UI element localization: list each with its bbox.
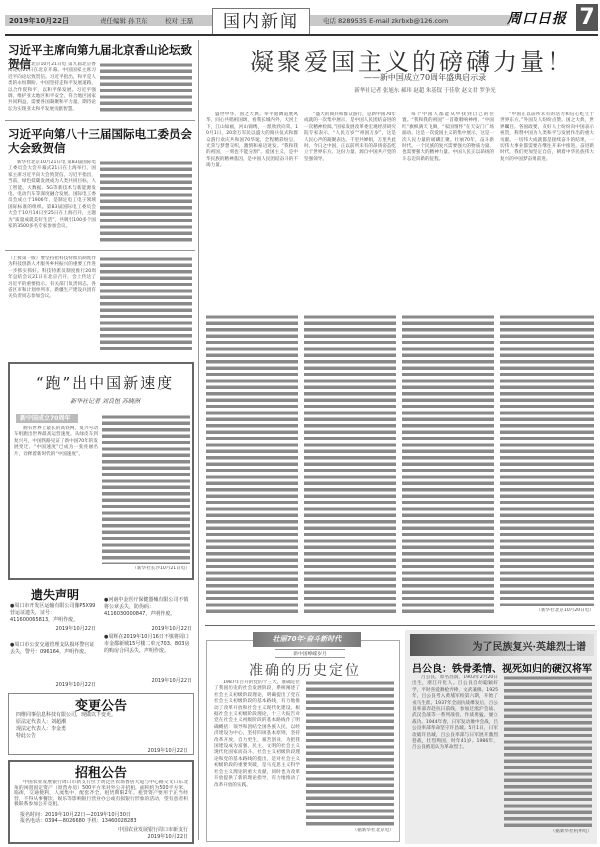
- main-column-4-continued: [500, 314, 594, 606]
- lost-notice-item: ●周辉在2019年10月16日不慎将周口市金都新城15号楼二单元703、803房…: [104, 634, 192, 656]
- lost-notice-item: ●周口市公安交通管理支队损坏警官证丢失，警号：096164，声明作废。: [10, 642, 96, 656]
- proofreader-credit: 校对 王磊: [165, 16, 193, 25]
- feature-headline: “跑”出中国新速度: [20, 372, 190, 393]
- contact-info: 电话 8289535 E-mail zkrbxb@126.com: [323, 16, 448, 25]
- article-divider: [5, 120, 195, 121]
- main-credit: （新华社北京10月20日电）: [500, 608, 594, 616]
- series-band: 壮丽70年·奋斗新时代: [253, 632, 361, 647]
- issue-date: 2019年10月22日: [9, 16, 69, 26]
- hero-body-continued: [504, 675, 592, 827]
- lost-notice-item: ●周口市开发区运输有限公司豫P5X99营运证遗失，证号：411600065813…: [10, 603, 96, 625]
- article-body: 新华社北京10月21日电 第83届国际电工委员会大会开幕式21日在上海举行，国家…: [8, 160, 96, 246]
- page-number: 7: [576, 4, 598, 31]
- article-body: 新华社北京10月21日电 第九届北京香山论坛21日在北京开幕。中国国家主席习近平…: [8, 62, 96, 116]
- lost-notice-date: 2019年10月22日: [10, 681, 96, 688]
- rent-notice-title: 招租公告: [8, 762, 194, 781]
- article-divider: [205, 625, 595, 626]
- change-notice-line: 特此公告: [16, 733, 186, 740]
- history-headline: 准确的历史定位: [220, 660, 390, 680]
- main-column-2-continued: [304, 314, 396, 616]
- feature-credit: （新华社长沙10月21日电）: [102, 566, 190, 574]
- section-title: 国内新闻: [212, 8, 310, 34]
- history-body-continued: [306, 680, 394, 826]
- lost-notice-item: ●河南中金医疗保健器械有限公司不慎将公章丢失，防伪码：4116030000847…: [104, 597, 192, 619]
- main-byline: 新华社记者 张旭东 郝玮 赵超 朱基钗 于佳欣 赵文君 罗争光: [300, 86, 550, 94]
- history-credit: （据新华社北京电）: [306, 828, 394, 836]
- main-column-1-continued: [206, 314, 298, 616]
- article-body-tech-envoy: （上接第一版）要坚持把科技特派员制度作为科技创新人才服务乡村振兴的重要工作进一步…: [8, 256, 96, 356]
- article-headline-iec: 习近平向第八十三届国际电工委员会大会致贺信: [8, 127, 194, 155]
- main-column-4: “中国正以前所未有的活力和信心屹立于世界东方。”外国友人纷纷点赞。国之大典，世界…: [500, 112, 594, 312]
- feature-byline: 新华社记者 刘良恒 苏晓洲: [20, 396, 190, 405]
- article-body-continued: [100, 62, 192, 114]
- rent-notice-body: 中国农业发展银行周口市新支行位于黄泛区农场香居大道与中心路交叉口东北角的闲置固定…: [14, 780, 188, 813]
- main-column-1: 盛世中华，国之大典。举平庭阔道展风华，同心共唱祖国颂，看我长城内外，大河上下，江…: [206, 112, 298, 312]
- main-column-3-continued: [402, 314, 494, 616]
- hero-headline: 吕公良：铁骨柔情、视死如归的硬汉将军: [410, 660, 594, 675]
- lost-notice-date: 2019年10月22日: [10, 625, 96, 632]
- feature-body: 拥有世界上最长的高铁网，复兴号动车组跑出世界最高运营速度。从绿皮车到复兴号，中国…: [14, 426, 98, 571]
- column-divider: [198, 40, 199, 840]
- rent-notice-signature: 中国农业发展银行周口市新支行: [90, 826, 188, 833]
- feature-body-continued: [102, 414, 190, 564]
- article-divider: [5, 250, 195, 251]
- rent-notice-date: 2019年10月22日: [90, 833, 188, 840]
- lost-notice-date: 2019年10月22日: [104, 677, 192, 684]
- main-column-2: “盛大的阅兵和群众游行，是新中国70年成就的一次集中展示，是中国人民团结奋进的一…: [304, 112, 396, 312]
- hero-series-banner: 为了民族复兴·英雄烈士谱: [410, 634, 594, 656]
- hero-body: 吕公良，原名昌润，1903年2月20日出生，浙江开化人。吕公良自幼聪颖好学，平时…: [412, 675, 498, 837]
- page-header: 2019年10月22日 责任编辑 孙卫东 校对 王磊 电话 8289535 E-…: [0, 0, 600, 38]
- article-body-continued: [100, 256, 192, 351]
- lost-notice-title: 遗失声明: [20, 586, 90, 603]
- article-body-continued: [100, 160, 192, 244]
- header-rule: [5, 34, 598, 36]
- editor-credit: 责任编辑 孙卫东: [100, 16, 148, 25]
- hero-credit: （据新华社杭州电）: [504, 829, 592, 837]
- newspaper-logo: 周口日报: [507, 8, 567, 28]
- change-notice-date: 2019年10月22日: [100, 747, 188, 754]
- main-column-3: 每个中国人都能从中找到自己的位置。“我和我的祖国”一首歌唱响神州，“中国红”旗帜…: [402, 112, 494, 312]
- rent-notice-phone: 报名电话：0394—8026680 手机：13460028283: [20, 818, 190, 824]
- series-subtitle: 新中国峥嵘岁月: [275, 649, 345, 658]
- feature-tag: 新中国成立70周年: [16, 414, 78, 423]
- history-body: 1987年召开的党的十三大，准确定位了我国历史的社会发展阶段，系统阐述了社会主义…: [214, 680, 300, 835]
- lost-notice-date: 2019年10月22日: [104, 625, 192, 632]
- main-subheadline: ——新中国成立70周年盛典启示录: [300, 72, 550, 83]
